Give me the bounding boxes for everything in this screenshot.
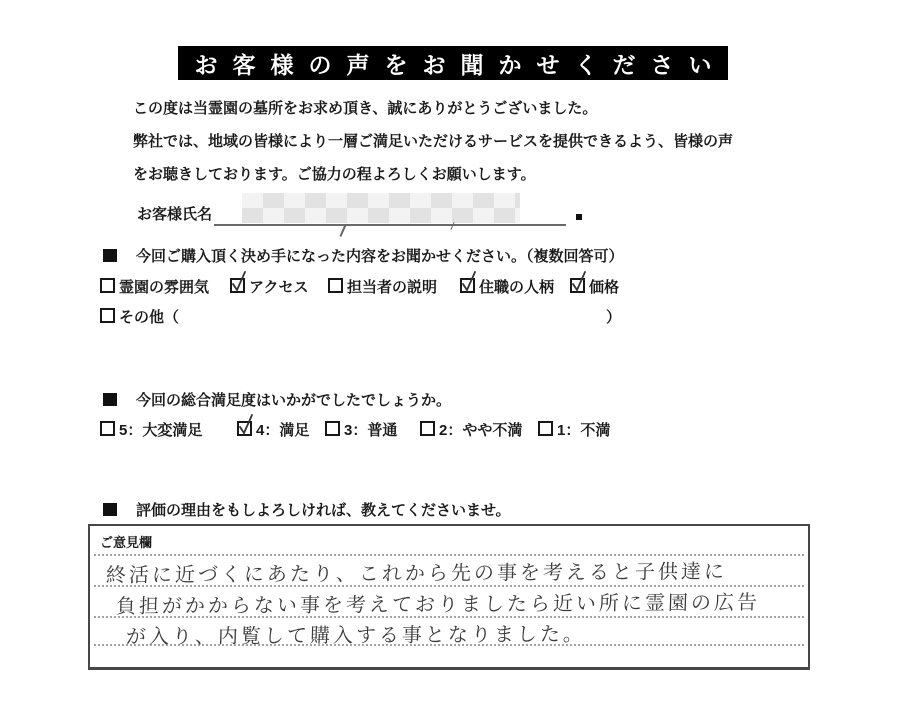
form-title: お客様の声をお聞かせください xyxy=(178,46,728,80)
checkbox-icon xyxy=(100,278,115,293)
checkmark-icon xyxy=(230,269,248,295)
checkmark-icon xyxy=(460,269,478,295)
pen-mark xyxy=(450,222,454,230)
comment-box: ご意見欄 終活に近づくにあたり、これから先の事を考えると子供達に 負担がかからな… xyxy=(88,524,810,670)
option-label: 霊園の雰囲気 xyxy=(119,279,209,296)
checkbox-icon xyxy=(100,308,115,323)
other-close-paren: ） xyxy=(606,306,621,327)
option-label: 担当者の説明 xyxy=(347,279,437,296)
checkbox-option: 霊園の雰囲気 xyxy=(100,276,209,297)
square-bullet-icon xyxy=(103,503,117,516)
checkbox-option-other: その他（ xyxy=(100,306,179,327)
end-dot xyxy=(576,214,582,220)
customer-name-label: お客様氏名 xyxy=(137,203,212,226)
checkbox-option: 5：大変満足 xyxy=(100,419,202,440)
checkbox-option: アクセス xyxy=(230,276,309,297)
checkbox-icon xyxy=(538,421,553,436)
q1-heading: 今回ご購入頂く決め手になった内容をお聞かせください。（複数回答可） xyxy=(136,245,624,266)
pen-mark xyxy=(339,224,346,237)
handwritten-line: が入り、内覧して購入する事となりました。 xyxy=(126,618,587,650)
name-underline xyxy=(214,196,566,226)
checkbox-option: 担当者の説明 xyxy=(328,276,437,297)
checkbox-option: 住職の人柄 xyxy=(460,276,554,297)
scanned-survey-form: お客様の声をお聞かせください この度は当霊園の墓所をお求め頂き、誠にありがとうご… xyxy=(0,0,900,725)
option-label: 4：満足 xyxy=(256,422,309,439)
option-label: 5：大変満足 xyxy=(119,422,202,439)
q1-heading-row: 今回ご購入頂く決め手になった内容をお聞かせください。（複数回答可） xyxy=(103,245,624,266)
checkbox-option: 1：不満 xyxy=(538,419,610,440)
handwritten-line: 終活に近づくにあたり、これから先の事を考えると子供達に xyxy=(106,555,728,588)
option-label: 1：不満 xyxy=(557,422,610,439)
checkbox-option: 価格 xyxy=(570,276,619,297)
q2-heading: 今回の総合満足度はいかがでしたでしょうか。 xyxy=(136,389,451,410)
checkbox-option: 2：やや不満 xyxy=(420,419,522,440)
checkbox-icon xyxy=(328,278,343,293)
intro-line: この度は当霊園の墓所をお求め頂き、誠にありがとうございました。 xyxy=(133,92,823,125)
checkbox-icon xyxy=(570,278,585,293)
intro-line: をお聴きしております。ご協力の程よろしくお願いします。 xyxy=(133,158,823,191)
checkbox-option: 4：満足 xyxy=(237,419,309,440)
option-label: その他（ xyxy=(119,309,179,326)
option-label: 2：やや不満 xyxy=(439,422,522,439)
checkbox-icon xyxy=(460,278,475,293)
checkbox-icon xyxy=(325,421,340,436)
redacted-name-mosaic xyxy=(242,193,520,223)
checkbox-icon xyxy=(100,421,115,436)
intro-paragraph: この度は当霊園の墓所をお求め頂き、誠にありがとうございました。 弊社では、地域の… xyxy=(133,92,823,191)
checkbox-option: 3：普通 xyxy=(325,419,397,440)
checkbox-icon xyxy=(237,421,252,436)
checkbox-icon xyxy=(420,421,435,436)
intro-line: 弊社では、地域の皆様により一層ご満足いただけるサービスを提供できるよう、皆様の声 xyxy=(133,125,823,158)
option-label: アクセス xyxy=(249,279,309,296)
checkmark-icon xyxy=(570,269,588,295)
square-bullet-icon xyxy=(103,393,117,406)
customer-name-row: お客様氏名 xyxy=(137,196,582,226)
checkbox-icon xyxy=(230,278,245,293)
comment-box-label: ご意見欄 xyxy=(100,532,152,551)
q3-heading-row: 評価の理由をもしよろしければ、教えてくださいませ。 xyxy=(103,499,511,520)
handwritten-line: 負担がかからない事を考えておりましたら近い所に霊園の広告 xyxy=(116,586,761,619)
q2-heading-row: 今回の総合満足度はいかがでしたでしょうか。 xyxy=(103,389,451,410)
option-label: 住職の人柄 xyxy=(479,279,554,296)
square-bullet-icon xyxy=(103,249,117,262)
option-label: 価格 xyxy=(589,279,619,296)
checkmark-icon xyxy=(237,412,255,438)
q3-heading: 評価の理由をもしよろしければ、教えてくださいませ。 xyxy=(136,499,511,520)
option-label: 3：普通 xyxy=(344,422,397,439)
